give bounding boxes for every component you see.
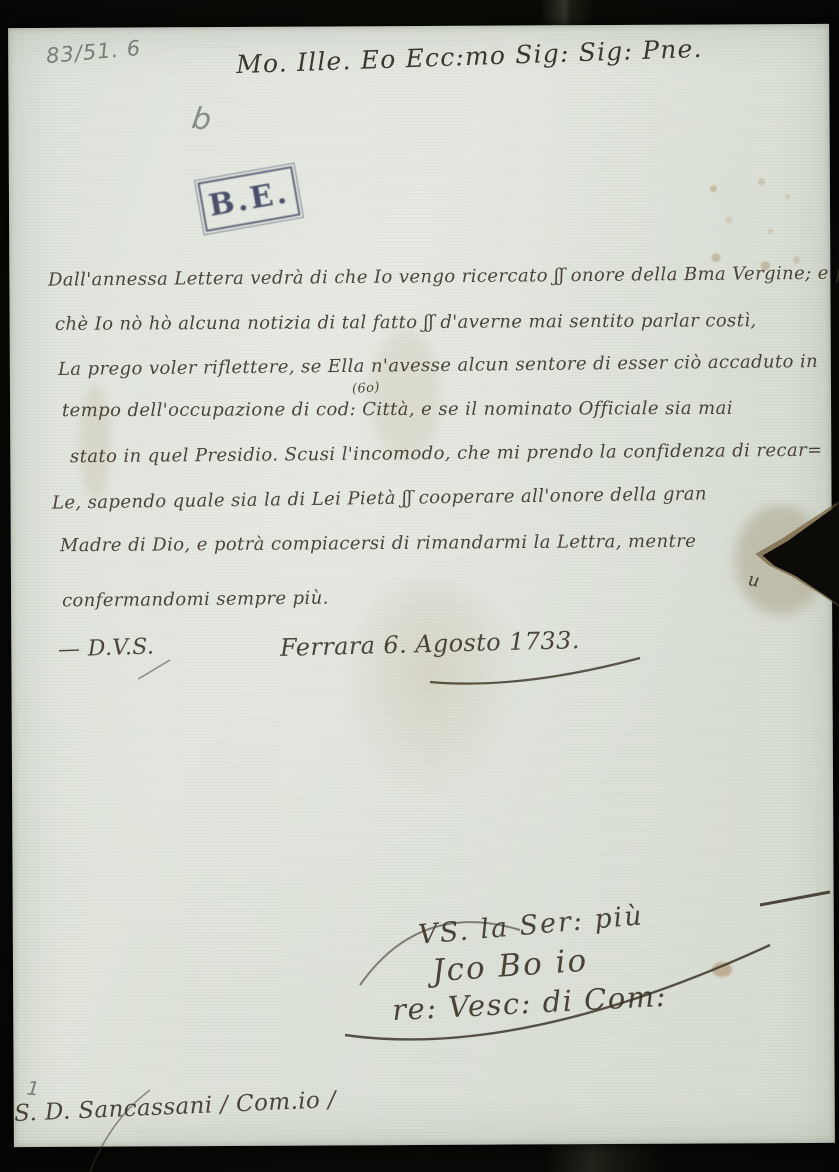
body-line-7: Madre di Dio, e potrà compiacersi di rim… <box>60 531 696 556</box>
folio-number: 1 <box>26 1077 40 1100</box>
body-line-2: chè Io nò hò alcuna notizia di tal fatto… <box>55 310 757 335</box>
body-line-4: tempo dell'occupazione di cod: Città, e … <box>62 398 733 421</box>
manuscript-scan: { "page": { "background_color": "#0a0a07… <box>0 0 839 1172</box>
interline-correction: (6o) <box>352 380 381 397</box>
body-line-8: confermandomi sempre più. <box>62 588 329 612</box>
closing-initials: — D.V.S. <box>58 634 155 662</box>
stamp-text: B.E. <box>206 175 292 224</box>
letter-paper <box>8 24 835 1147</box>
book-gutter-bottom <box>545 1140 665 1172</box>
